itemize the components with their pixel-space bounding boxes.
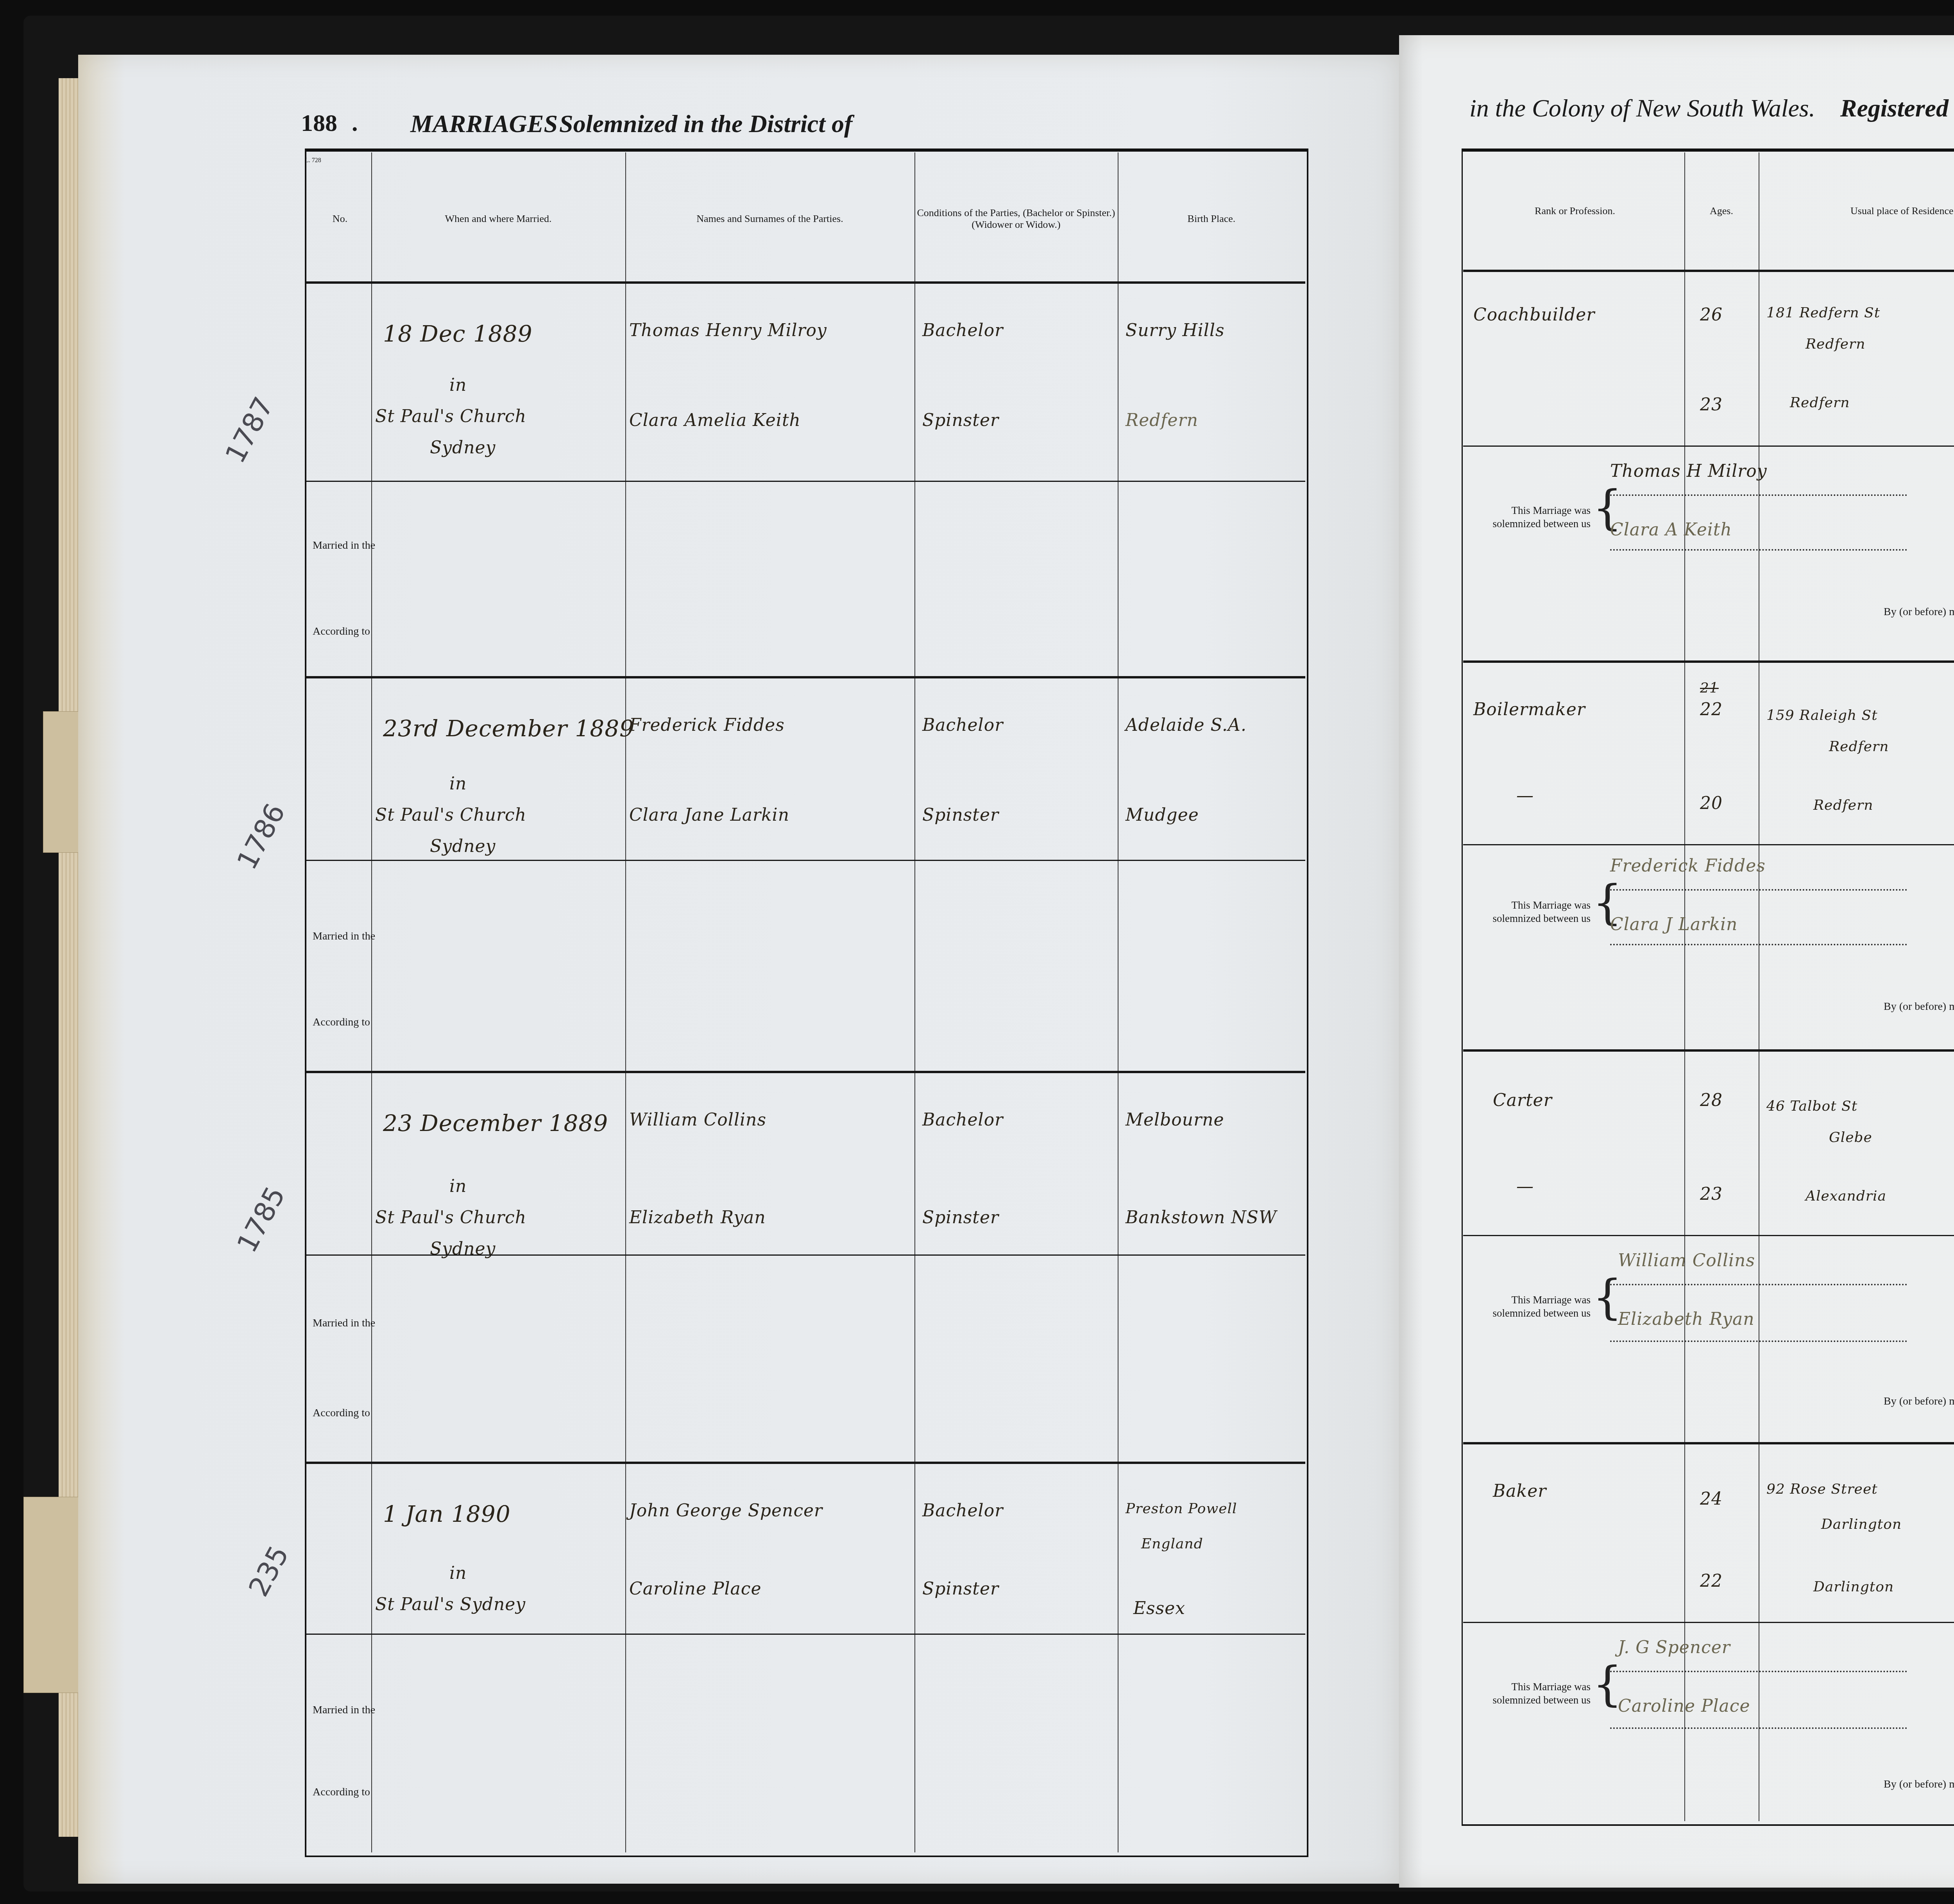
title-caps: MARRIAGES (410, 110, 558, 138)
left-page: 188 . MARRIAGES Solemnized in the Distri… (78, 55, 1399, 1884)
bride-residence: Alexandria (1805, 1188, 1886, 1204)
groom-condition: Bachelor (922, 1110, 1003, 1130)
bride-age: 23 (1700, 1184, 1723, 1204)
groom-signature: Frederick Fiddes (1610, 856, 1766, 876)
col-names: Names and Surnames of the Parties. (625, 156, 914, 281)
bride-birthplace: Redfern (1126, 410, 1198, 430)
groom-residence: 181 Redfern St (1766, 305, 1880, 321)
signature-line (1610, 1340, 1907, 1342)
groom-name: Frederick Fiddes (629, 715, 785, 735)
bride-birthplace: Bankstown NSW (1126, 1208, 1277, 1228)
solemnized-label-2: solemnized between us (1493, 913, 1591, 924)
entry-rule (306, 1254, 1305, 1256)
married-in-label: Married in the (313, 930, 375, 943)
groom-birthplace: Melbourne (1126, 1110, 1224, 1130)
married-in-label: Married in the (313, 1704, 375, 1716)
solemnized-label-2: solemnized between us (1493, 1694, 1591, 1706)
groom-birthplace-country: England (1141, 1536, 1203, 1552)
entry-place: St Paul's Sydney (375, 1594, 526, 1614)
groom-age-struck: 21 (1700, 680, 1719, 696)
solemnized-label-1: This Marriage was (1512, 1294, 1591, 1306)
solemnized-label-1: This Marriage was (1512, 1681, 1591, 1693)
bride-condition: Spinster (922, 410, 999, 430)
entry-place2: Sydney (430, 836, 496, 856)
entry-separator (306, 1071, 1305, 1073)
according-to-label: According to (313, 1407, 370, 1419)
groom-age: 26 (1700, 305, 1723, 325)
solemnized-label: This Marriage wassolemnized between us (1465, 1680, 1591, 1707)
entry-place2: Sydney (430, 1239, 496, 1259)
entry-date: 23rd December 1889 (383, 715, 634, 742)
bride-birthplace: Essex (1133, 1598, 1185, 1618)
header-rule (1463, 270, 1954, 272)
entry-rule (1463, 844, 1954, 845)
groom-age: 22 (1700, 700, 1723, 719)
by-label: By (or before) me (1884, 1778, 1954, 1791)
entry-rule (1463, 1235, 1954, 1236)
bride-condition: Spinster (922, 1579, 999, 1599)
entry-place2: Sydney (430, 438, 496, 458)
groom-residence: 92 Rose Street (1766, 1481, 1878, 1497)
solemnized-label-1: This Marriage was (1512, 899, 1591, 911)
groom-residence: 46 Talbot St (1766, 1098, 1857, 1114)
entry-separator (1463, 660, 1954, 663)
groom-name: John George Spencer (629, 1501, 823, 1521)
according-to-label: According to (313, 1016, 370, 1029)
colony-title-text: in the Colony of New South Wales. (1469, 94, 1815, 122)
bride-age: 20 (1700, 793, 1723, 813)
entry-place: St Paul's Church (375, 406, 526, 426)
bride-signature: Clara A Keith (1610, 520, 1732, 540)
entry-rule (306, 860, 1305, 861)
col-divider (371, 152, 372, 1852)
groom-residence-suburb: Darlington (1821, 1516, 1902, 1532)
according-to-label: According to (313, 1786, 370, 1798)
entry-separator (1463, 1442, 1954, 1444)
bride-name: Elizabeth Ryan (629, 1208, 766, 1228)
col-divider (914, 152, 915, 1852)
married-in-label: Married in the (313, 539, 375, 552)
entry-rule (306, 481, 1305, 482)
registered-by-label: Registered by (1840, 94, 1954, 122)
entry-in: in (449, 1563, 467, 1583)
signature-line (1610, 889, 1907, 891)
index-tab (23, 1497, 83, 1693)
col-conditions: Conditions of the Parties, (Bachelor or … (914, 156, 1118, 281)
bride-residence: Redfern (1813, 797, 1873, 813)
bride-profession: — (1516, 1176, 1534, 1196)
bride-residence: Redfern (1790, 395, 1850, 411)
solemnized-label: This Marriage wassolemnized between us (1465, 899, 1591, 925)
groom-birthplace: Adelaide S.A. (1126, 715, 1247, 735)
signature-line (1610, 549, 1907, 551)
groom-profession: Coachbuilder (1473, 305, 1595, 325)
entry-place: St Paul's Church (375, 805, 526, 825)
right-page: in the Colony of New South Wales. Regist… (1399, 35, 1954, 1888)
colony-title: in the Colony of New South Wales. Regist… (1469, 94, 1954, 123)
separator: . (352, 109, 358, 137)
groom-name: Thomas Henry Milroy (629, 320, 827, 340)
entry-date: 23 December 1889 (383, 1110, 608, 1136)
solemnized-label: This Marriage wassolemnized between us (1465, 504, 1591, 531)
col-residence: Usual place of Residence. (1759, 152, 1954, 270)
entry-date: 18 Dec 1889 (383, 320, 533, 347)
col-rank: Rank or Profession. (1465, 152, 1684, 270)
entry-in: in (449, 375, 467, 395)
col-divider (1684, 152, 1685, 1821)
groom-birthplace: Surry Hills (1126, 320, 1225, 340)
signature-line (1610, 1727, 1907, 1729)
bride-name: Clara Jane Larkin (629, 805, 789, 825)
bride-condition: Spinster (922, 805, 999, 825)
col-ages: Ages. (1684, 152, 1759, 270)
bride-signature: Caroline Place (1618, 1696, 1750, 1716)
groom-age: 28 (1700, 1090, 1723, 1110)
groom-profession: Baker (1493, 1481, 1546, 1501)
groom-age: 24 (1700, 1489, 1723, 1509)
col-no: No. (309, 156, 371, 281)
groom-residence: 159 Raleigh St (1766, 707, 1878, 723)
groom-name: William Collins (629, 1110, 766, 1130)
groom-profession: Carter (1493, 1090, 1552, 1110)
groom-residence-suburb: Redfern (1805, 336, 1865, 352)
groom-signature: William Collins (1618, 1251, 1755, 1271)
groom-condition: Bachelor (922, 715, 1003, 735)
col-divider (1759, 152, 1759, 1821)
page-title: MARRIAGES Solemnized in the District of (410, 109, 852, 138)
entry-separator (306, 676, 1305, 678)
groom-residence-suburb: Redfern (1829, 739, 1889, 755)
solemnized-label-2: solemnized between us (1493, 1307, 1591, 1319)
groom-signature: J. G Spencer (1618, 1637, 1730, 1657)
col-birthplace: Birth Place. (1118, 156, 1305, 281)
married-in-label: Married in the (313, 1317, 375, 1330)
signature-line (1610, 944, 1907, 945)
bride-name: Caroline Place (629, 1579, 762, 1599)
bride-condition: Spinster (922, 1208, 999, 1228)
by-label: By (or before) me (1884, 606, 1954, 618)
groom-residence-suburb: Glebe (1829, 1129, 1872, 1145)
groom-signature: Thomas H Milroy (1610, 461, 1767, 481)
header-rule (306, 281, 1305, 284)
bride-residence: Darlington (1813, 1579, 1894, 1595)
groom-birthplace: Preston Powell (1126, 1501, 1237, 1517)
entry-in: in (449, 774, 467, 794)
col-divider (625, 152, 626, 1852)
bride-signature: Clara J Larkin (1610, 914, 1737, 934)
entry-place: St Paul's Church (375, 1208, 526, 1228)
page-number: 188 (301, 109, 337, 137)
bride-name: Clara Amelia Keith (629, 410, 801, 430)
solemnized-label: This Marriage wassolemnized between us (1465, 1294, 1591, 1320)
groom-condition: Bachelor (922, 320, 1003, 340)
groom-profession: Boilermaker (1473, 700, 1585, 719)
entry-in: in (449, 1176, 467, 1196)
title-rest: Solemnized in the District of (559, 110, 852, 138)
bride-birthplace: Mudgee (1126, 805, 1199, 825)
entry-date: 1 Jan 1890 (383, 1501, 511, 1527)
signature-line (1610, 1671, 1907, 1672)
col-when-where: When and where Married. (371, 156, 625, 281)
solemnized-label-2: solemnized between us (1493, 518, 1591, 530)
groom-condition: Bachelor (922, 1501, 1003, 1521)
entry-rule (306, 1634, 1305, 1635)
by-label: By (or before) me (1884, 1395, 1954, 1408)
bride-age: 23 (1700, 395, 1723, 415)
entry-rule (1463, 1622, 1954, 1623)
bride-profession: — (1516, 786, 1534, 805)
entry-rule (1463, 446, 1954, 447)
signature-line (1610, 1284, 1907, 1285)
by-label: By (or before) me (1884, 1000, 1954, 1013)
bride-signature: Elizabeth Ryan (1618, 1309, 1755, 1329)
bride-age: 22 (1700, 1571, 1723, 1591)
col-divider (1118, 152, 1118, 1852)
according-to-label: According to (313, 625, 370, 638)
entry-separator (1463, 1049, 1954, 1052)
solemnized-label-1: This Marriage was (1512, 505, 1591, 516)
entry-separator (306, 1462, 1305, 1464)
signature-line (1610, 494, 1907, 496)
